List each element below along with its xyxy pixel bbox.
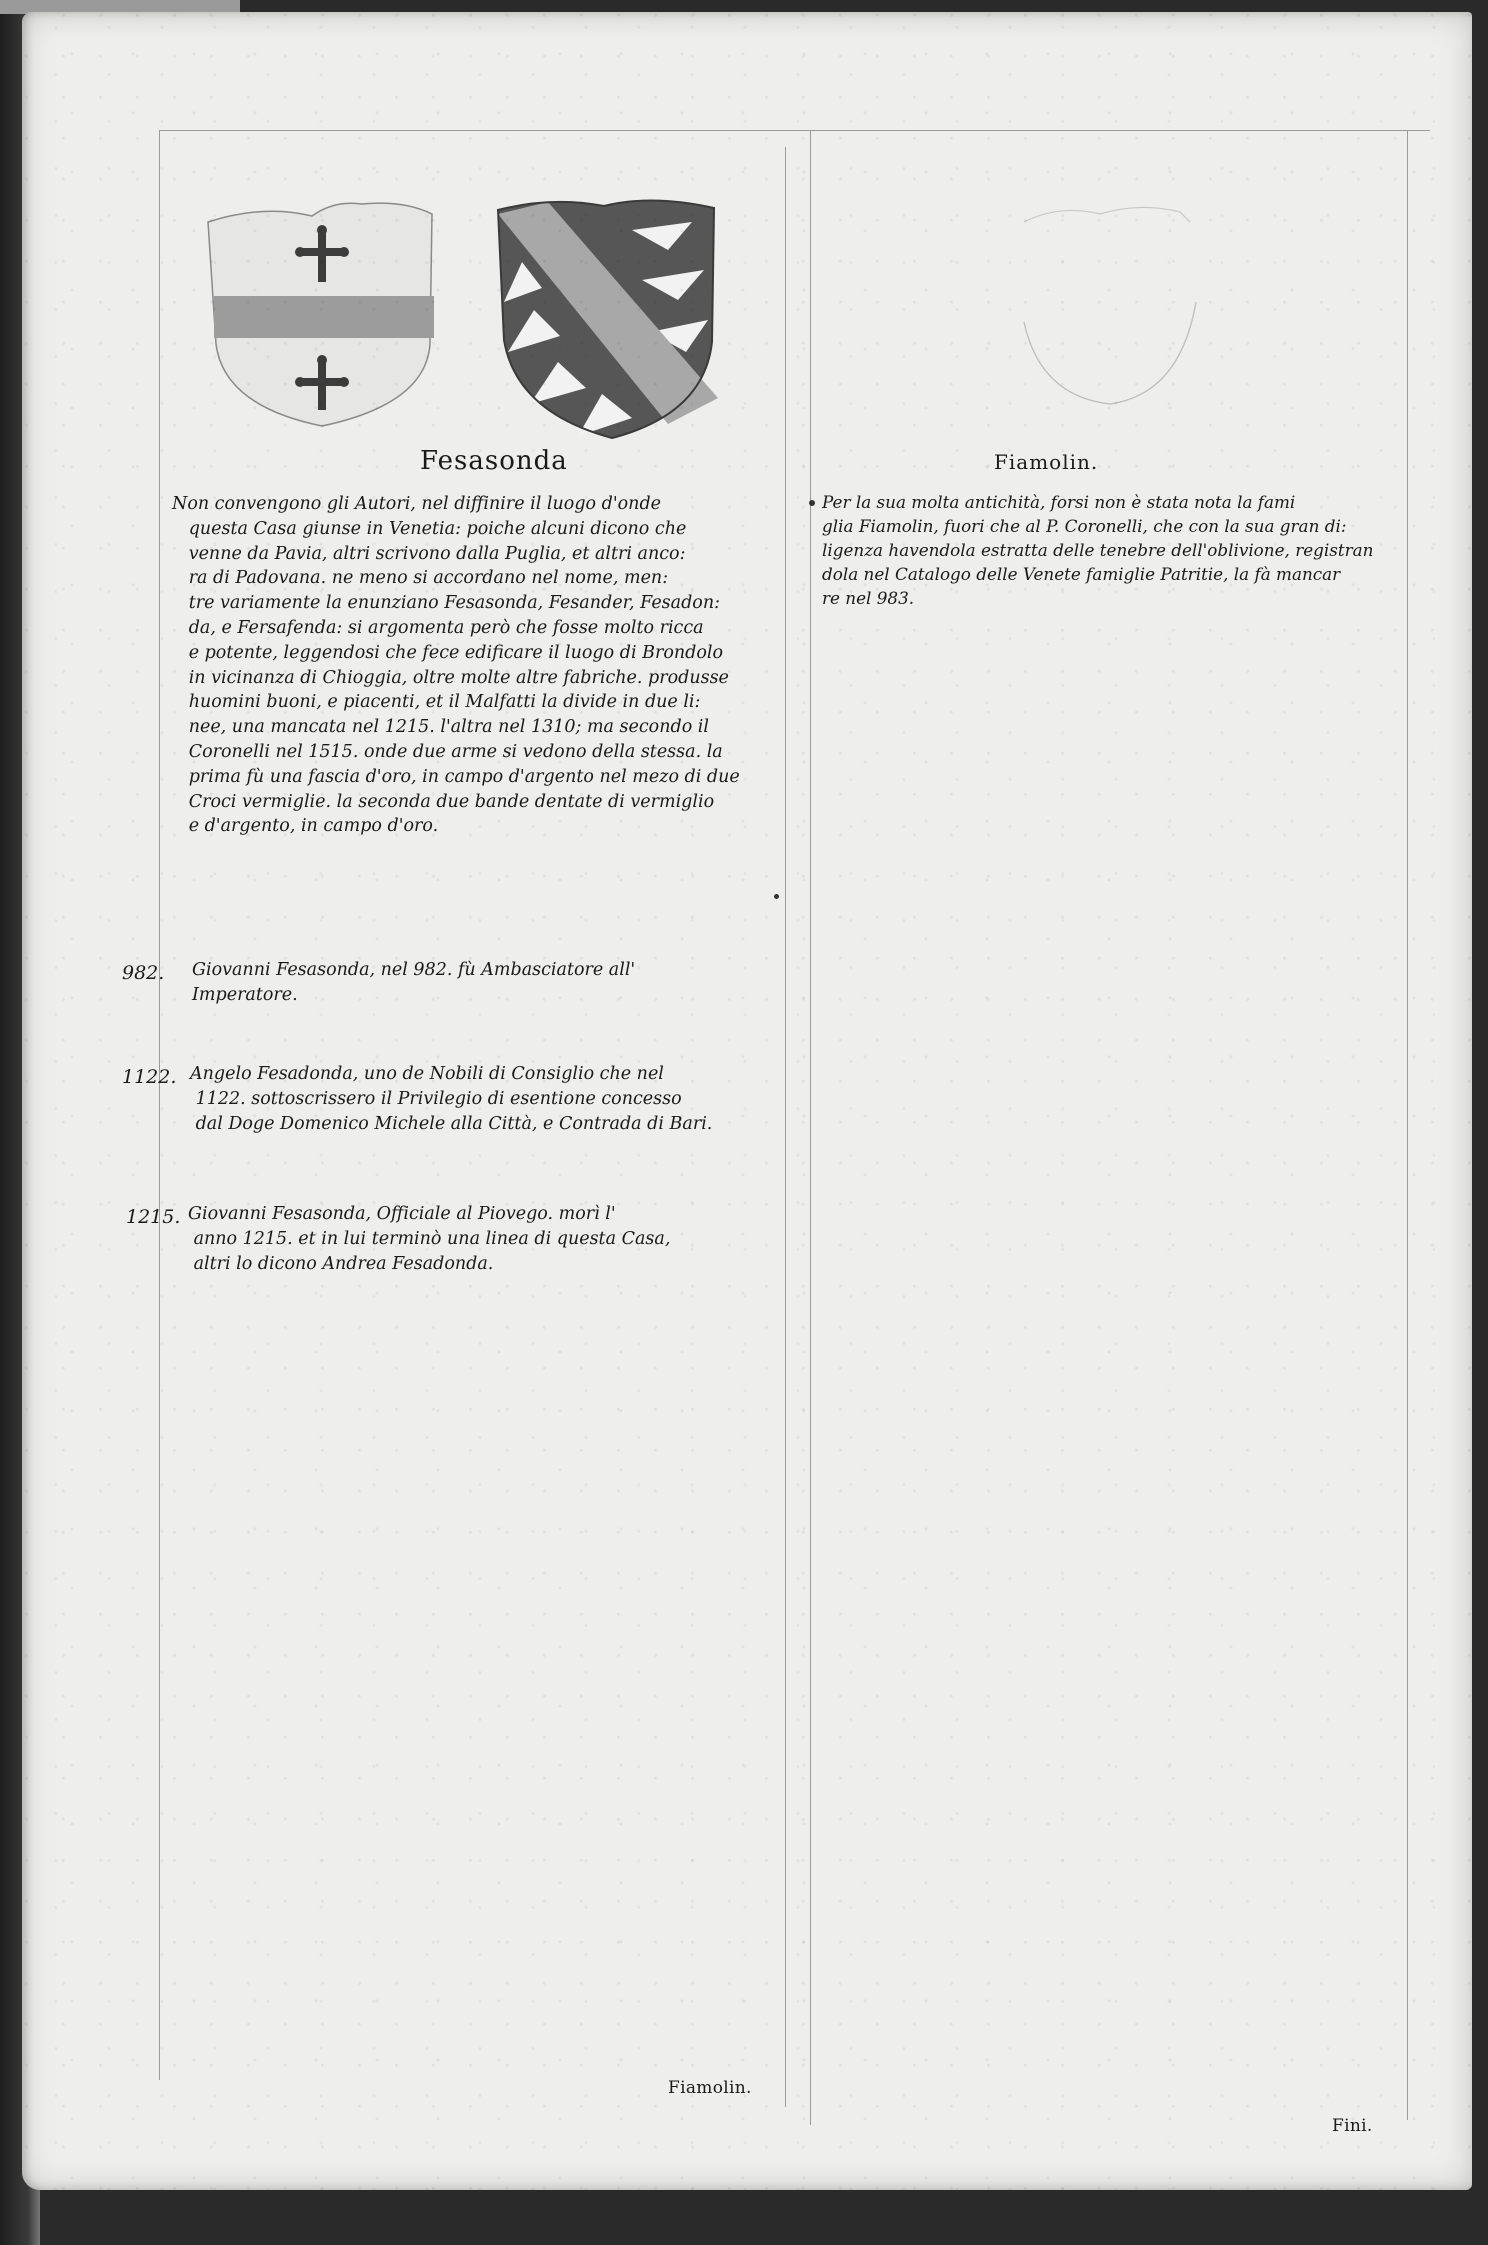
paragraph-marker (809, 500, 815, 506)
paragraph-line: huomini buoni, e piacenti, et il Malfatt… (172, 692, 700, 712)
entry-year: 1122. (122, 1066, 176, 1088)
ruled-line-top (160, 130, 1430, 131)
ruled-line-column-divider-left (785, 147, 786, 2107)
ruled-line-right-margin (1407, 130, 1408, 2120)
catchword-fiamolin: Fiamolin. (668, 2078, 752, 2098)
entry-line: altri lo dicono Andrea Fesadonda. (188, 1254, 493, 1274)
paragraph-line: e d'argento, in campo d'oro. (172, 816, 438, 836)
coat-of-arms-indented-bends-icon (482, 192, 732, 442)
entry-line: Giovanni Fesasonda, nel 982. fù Ambascia… (192, 960, 635, 980)
entry-line: Giovanni Fesasonda, Officiale al Piovego… (188, 1204, 616, 1224)
family-title-fiamolin: Fiamolin. (994, 450, 1098, 474)
paragraph-line: venne da Pavia, altri scrivono dalla Pug… (172, 544, 685, 564)
entry-line: anno 1215. et in lui terminò una linea d… (188, 1229, 670, 1249)
family-title-fesasonda: Fesasonda (420, 446, 568, 476)
history-paragraph-fesasonda: Non convengono gli Autori, nel diffinire… (172, 492, 740, 839)
manuscript-page: Fesasonda Non convengono gli Autori, nel… (22, 12, 1472, 2190)
paragraph-line: questa Casa giunse in Venetia: poiche al… (172, 519, 686, 539)
paragraph-line: Coronelli nel 1515. onde due arme si ved… (172, 742, 723, 762)
paragraph-line: ligenza havendola estratta delle tenebre… (822, 540, 1373, 560)
entry-text: Angelo Fesadonda, uno de Nobili di Consi… (190, 1062, 712, 1137)
ink-mark (774, 894, 779, 899)
empty-shield-outline-icon (1000, 182, 1230, 412)
ruled-line-column-divider-right (810, 130, 811, 2125)
entry-year: 982. (122, 962, 164, 984)
paragraph-line: prima fù una fascia d'oro, in campo d'ar… (172, 767, 740, 787)
entry-line: Angelo Fesadonda, uno de Nobili di Consi… (190, 1064, 664, 1084)
paragraph-line: dola nel Catalogo delle Venete famiglie … (822, 564, 1340, 584)
paragraph-line: re nel 983. (822, 588, 914, 608)
history-paragraph-fiamolin: Per la sua molta antichità, forsi non è … (822, 490, 1373, 610)
entry-line: Imperatore. (192, 985, 298, 1005)
entry-line: 1122. sottoscrissero il Privilegio di es… (190, 1089, 682, 1109)
entry-year: 1215. (126, 1206, 180, 1228)
closing-word-fini: Fini. (1332, 2116, 1373, 2136)
paragraph-line: Per la sua molta antichità, forsi non è … (822, 492, 1295, 512)
paragraph-line: ra di Padovana. ne meno si accordano nel… (172, 568, 668, 588)
entry-text: Giovanni Fesasonda, nel 982. fù Ambascia… (192, 958, 635, 1008)
coat-of-arms-fascia-crosses-icon (194, 194, 454, 432)
entry-text: Giovanni Fesasonda, Officiale al Piovego… (188, 1202, 670, 1277)
ruled-line-left-margin (159, 130, 160, 2080)
paragraph-line: tre variamente la enunziano Fesasonda, F… (172, 593, 720, 613)
paragraph-line: Non convengono gli Autori, nel diffinire… (172, 494, 661, 514)
paragraph-line: in vicinanza di Chioggia, oltre molte al… (172, 668, 729, 688)
paragraph-line: e potente, leggendosi che fece edificare… (172, 643, 723, 663)
entry-line: dal Doge Domenico Michele alla Città, e … (190, 1114, 712, 1134)
paragraph-line: glia Fiamolin, fuori che al P. Coronelli… (822, 516, 1346, 536)
paragraph-line: da, e Fersafenda: si argomenta però che … (172, 618, 704, 638)
paragraph-line: Croci vermiglie. la seconda due bande de… (172, 792, 714, 812)
paragraph-line: nee, una mancata nel 1215. l'altra nel 1… (172, 717, 709, 737)
